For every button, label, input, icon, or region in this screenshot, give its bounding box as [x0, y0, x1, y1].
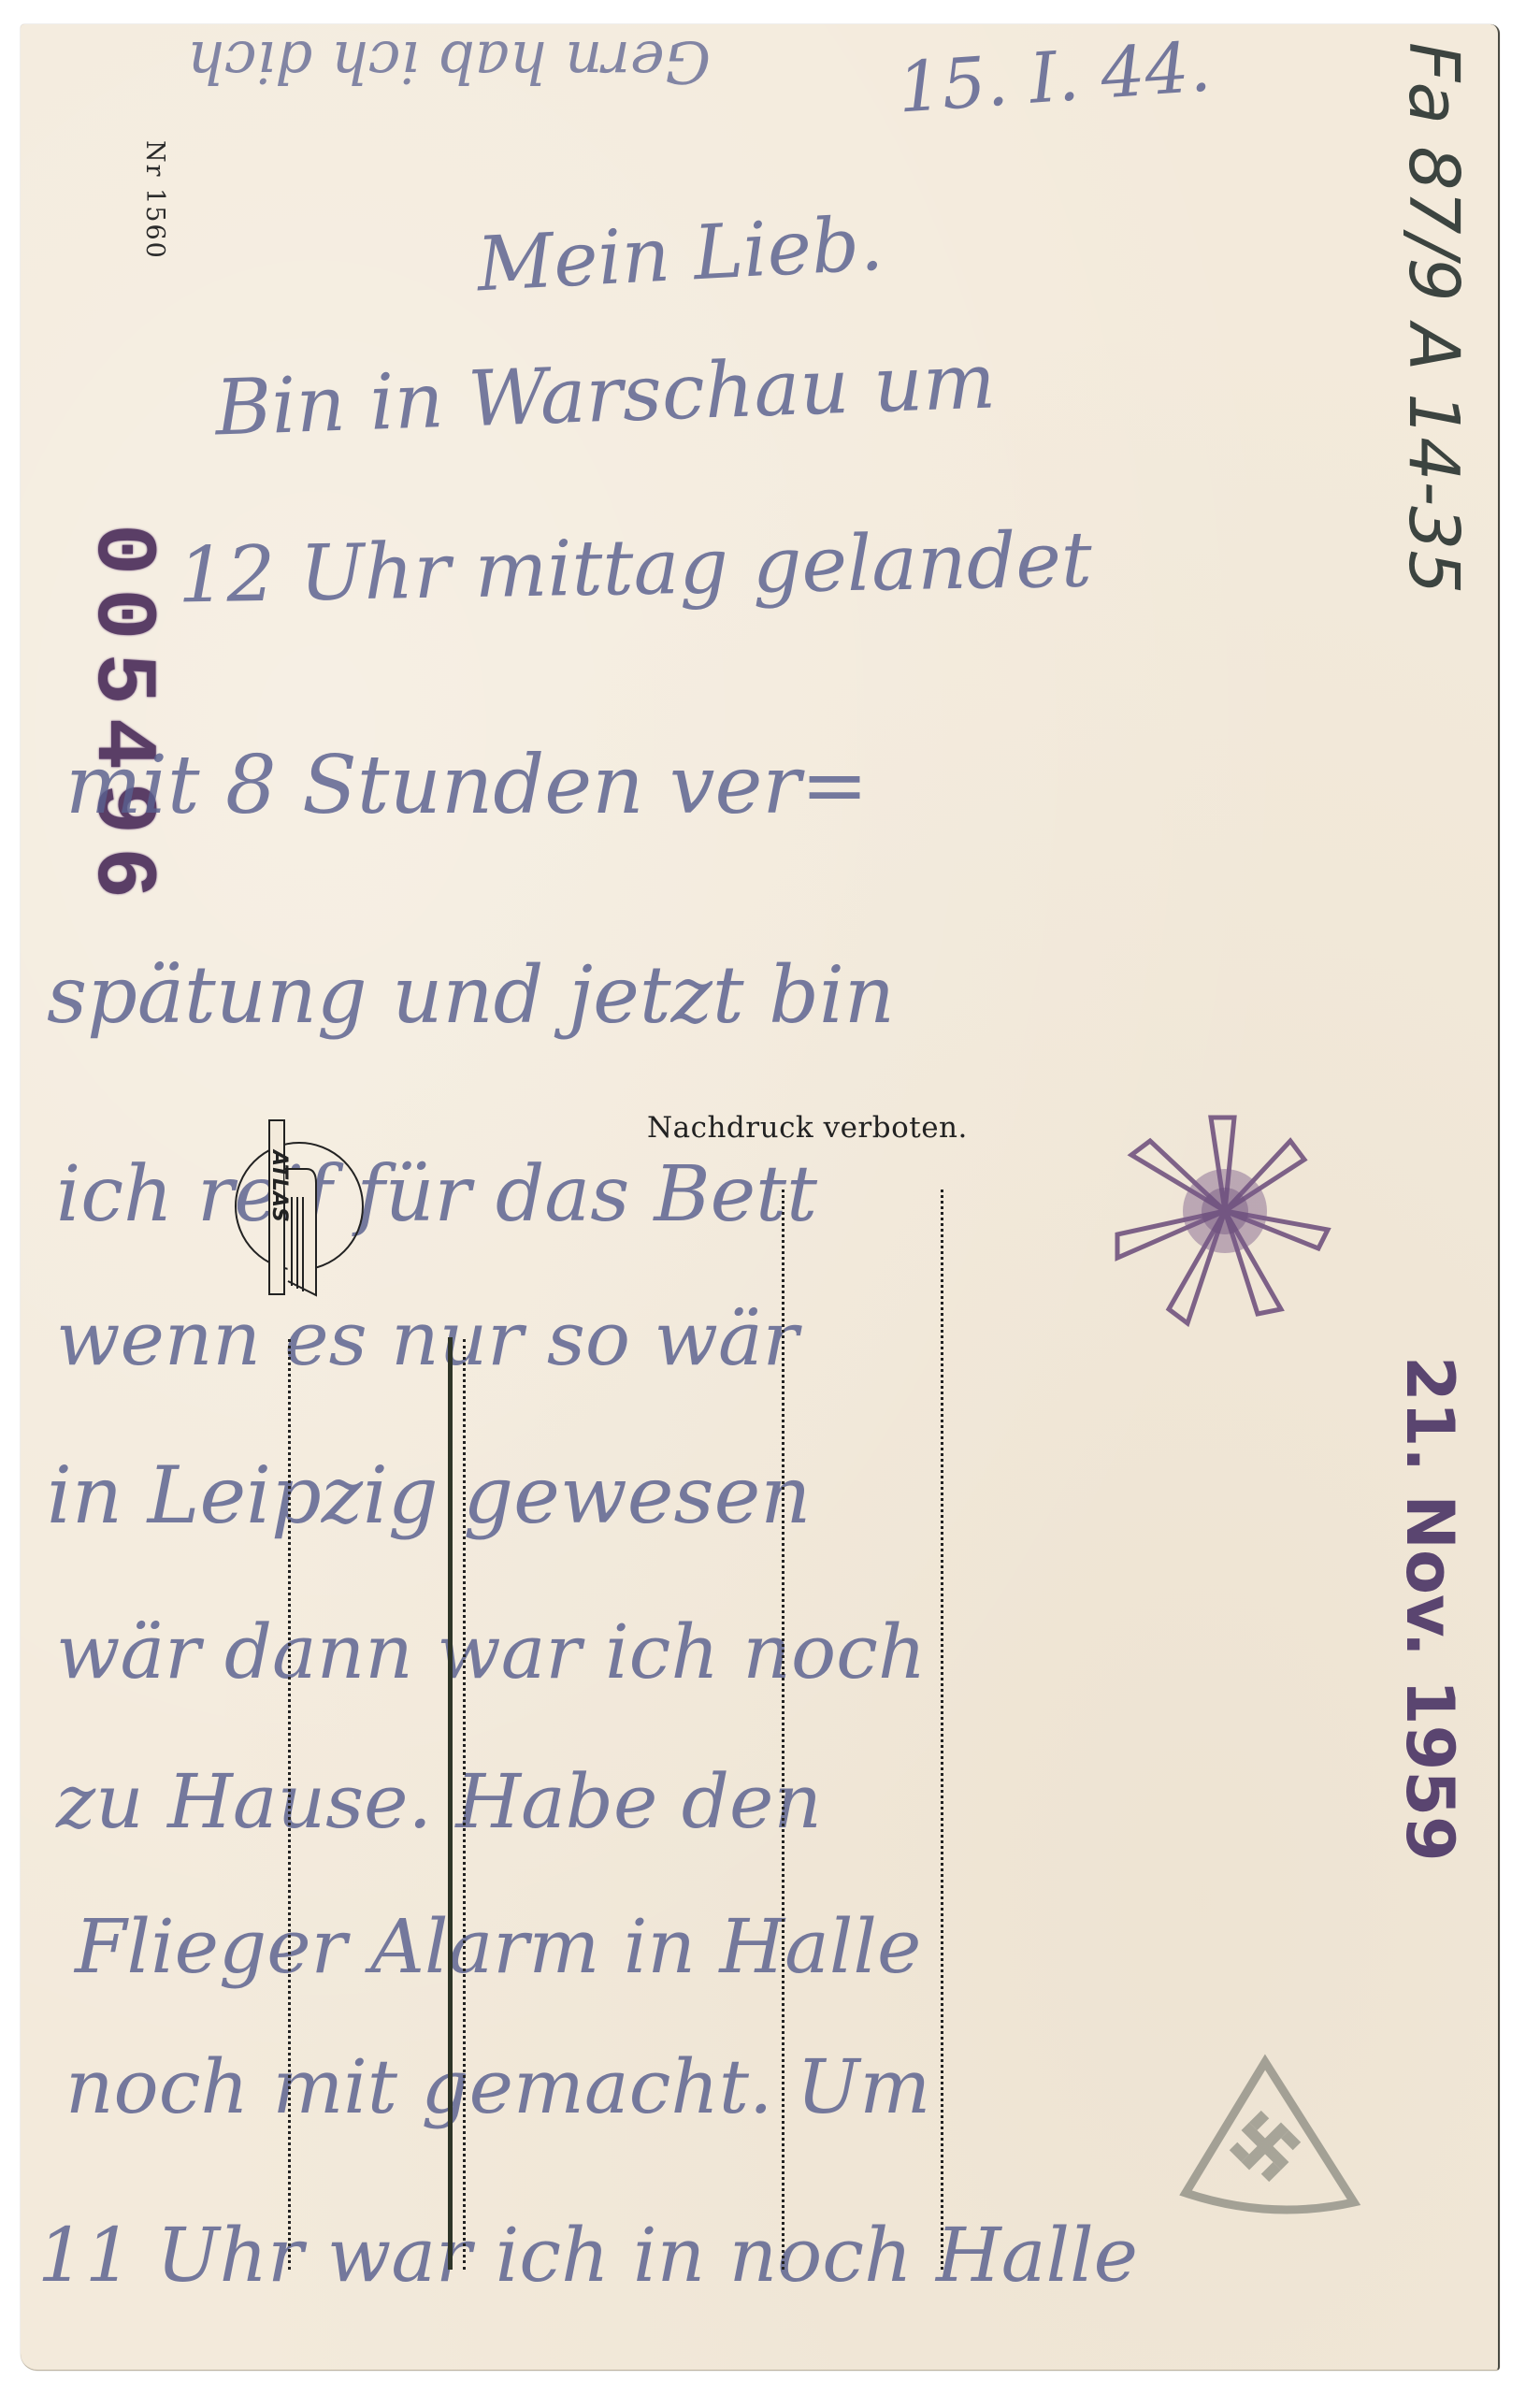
handwritten-line: 11 Uhr war ich in noch Halle	[37, 2212, 1138, 2299]
handwritten-line: noch mit gemacht. Um	[65, 2043, 930, 2130]
upside-down-note: Gern hab ich dich	[187, 28, 711, 96]
catalog-number: Nr 1560	[140, 140, 169, 260]
handwritten-line: in Leipzig gewesen	[47, 1449, 811, 1541]
address-dotted-line	[288, 1339, 291, 2270]
atlas-logo-icon: ATLAS	[232, 1113, 372, 1300]
archive-annotation: Fa 87/9 A 14-35	[1393, 42, 1474, 594]
edelweiss-stamp-icon	[1108, 1099, 1342, 1351]
serial-number-stamp: 005496	[73, 524, 171, 912]
address-dotted-line	[941, 1190, 943, 2270]
handwritten-line: mit 8 Stunden ver=	[65, 739, 869, 832]
handwritten-line: ich reif für das Bett	[56, 1150, 817, 1239]
triangle-swastika-stamp-icon	[1167, 2053, 1382, 2221]
logo-text: ATLAS	[267, 1148, 291, 1222]
divider-line	[448, 1337, 453, 2270]
reprint-notice: Nachdruck verboten.	[647, 1111, 968, 1145]
handwritten-line: 12 Uhr mittag gelandet	[177, 515, 1092, 620]
handwritten-line: Flieger Alarm in Halle	[75, 1903, 921, 1990]
received-date-stamp: 21. Nov. 1959	[1391, 1356, 1468, 1862]
handwritten-line: wär dann war ich noch	[56, 1608, 926, 1695]
handwritten-line: zu Hause. Habe den	[56, 1758, 822, 1845]
handwritten-line: spätung und jetzt bin	[47, 949, 895, 1041]
address-dotted-line	[782, 1190, 784, 2270]
handwritten-line: wenn es nur so wär	[56, 1295, 799, 1382]
address-dotted-line	[463, 1339, 466, 2270]
